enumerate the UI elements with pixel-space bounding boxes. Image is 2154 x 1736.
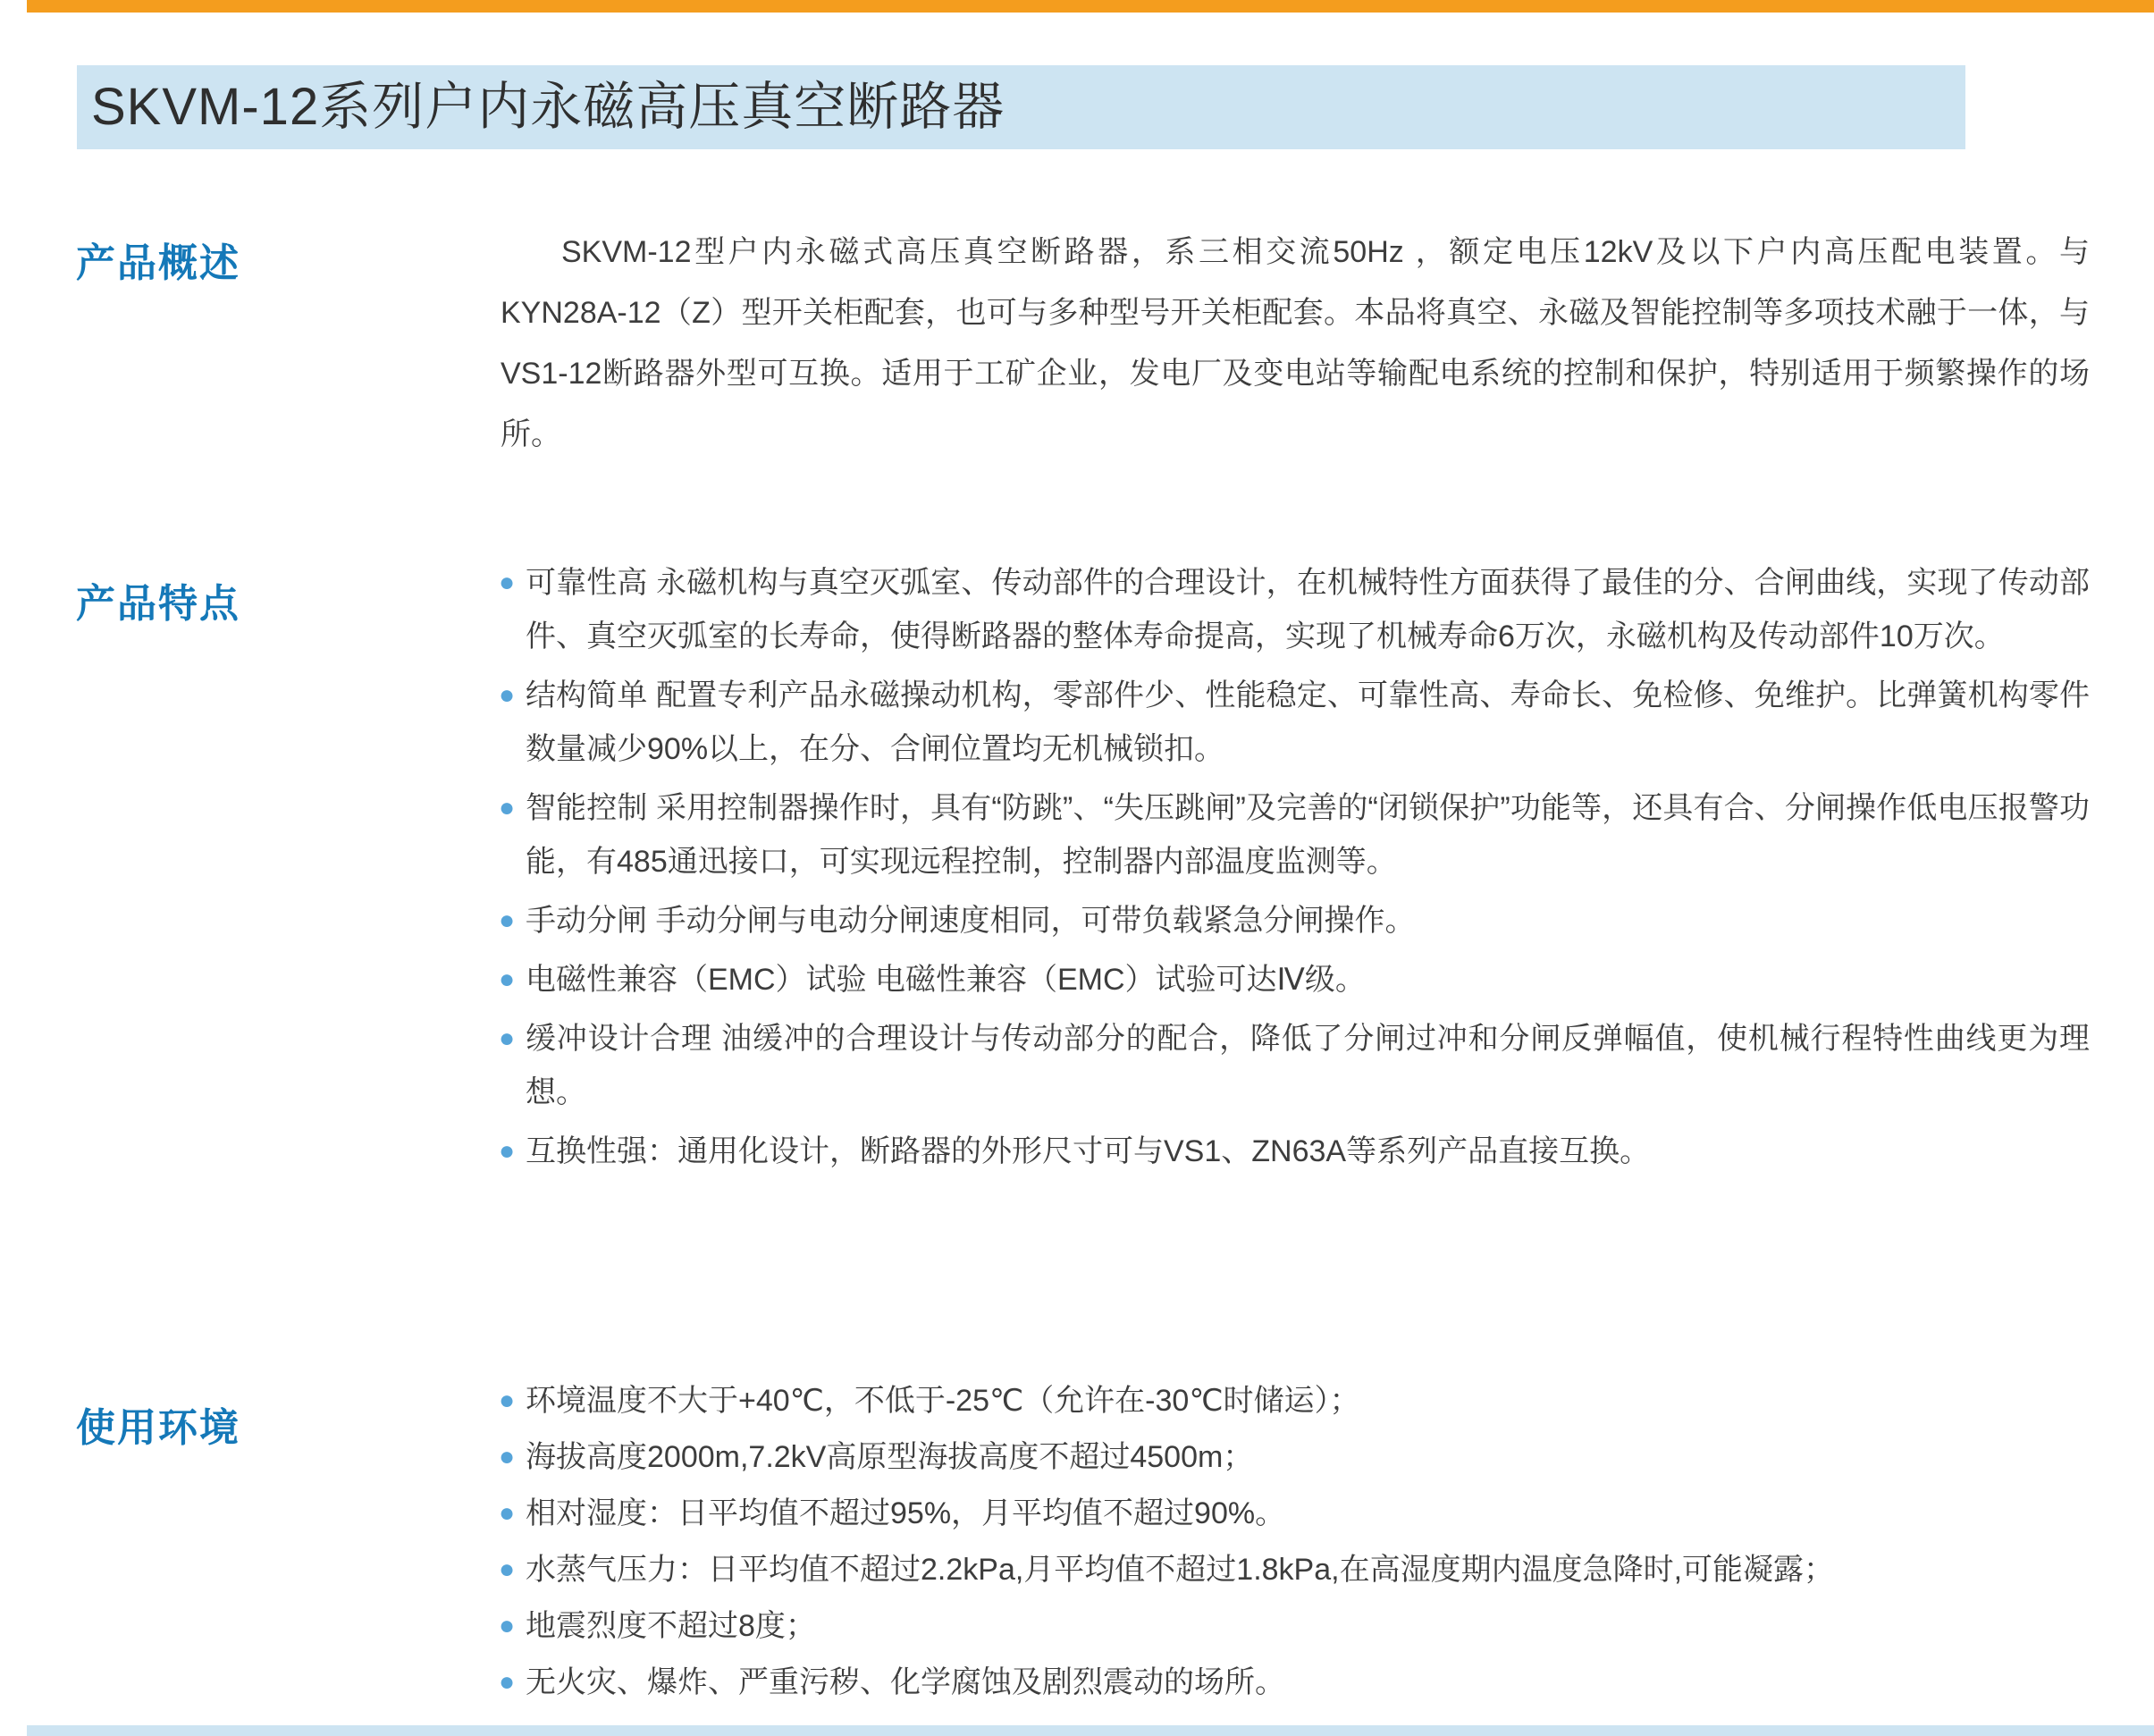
- bullet-icon: ●: [499, 1487, 526, 1540]
- list-item: ● 相对湿度：日平均值不超过95%，月平均值不超过90%。: [499, 1487, 2108, 1540]
- list-item: ● 可靠性高 永磁机构与真空灭弧室、传动部件的合理设计，在机械特性方面获得了最佳…: [499, 556, 2090, 663]
- section-heading-environment: 使用环境: [76, 1395, 240, 1453]
- list-item: ● 结构简单 配置专利产品永磁操动机构，零部件少、性能稳定、可靠性高、寿命长、免…: [499, 669, 2090, 776]
- features-list: ● 可靠性高 永磁机构与真空灭弧室、传动部件的合理设计，在机械特性方面获得了最佳…: [499, 556, 2090, 1184]
- list-item-text: 无火灾、爆炸、严重污秽、化学腐蚀及剧烈震动的场所。: [526, 1665, 1285, 1699]
- list-item: ● 水蒸气压力：日平均值不超过2.2kPa,月平均值不超过1.8kPa,在高湿度…: [499, 1543, 2108, 1597]
- page-title: SKVM-12系列户内永磁高压真空断路器: [77, 65, 1965, 149]
- bullet-icon: ●: [499, 953, 526, 1007]
- section-heading-features: 产品特点: [76, 571, 240, 628]
- list-item-text: 可靠性高 永磁机构与真空灭弧室、传动部件的合理设计，在机械特性方面获得了最佳的分…: [526, 566, 2090, 653]
- section-heading-overview: 产品概述: [76, 231, 240, 288]
- list-item: ● 电磁性兼容（EMC）试验 电磁性兼容（EMC）试验可达Ⅳ级。: [499, 953, 2090, 1007]
- bottom-accent-bar: [27, 1725, 2154, 1736]
- list-item-text: 地震烈度不超过8度；: [526, 1609, 816, 1643]
- list-item: ● 海拔高度2000m,7.2kV高原型海拔高度不超过4500m；: [499, 1430, 2108, 1484]
- bullet-icon: ●: [499, 1543, 526, 1597]
- bullet-icon: ●: [499, 781, 526, 835]
- list-item-text: 相对湿度：日平均值不超过95%，月平均值不超过90%。: [526, 1496, 1285, 1530]
- list-item-text: 手动分闸 手动分闸与电动分闸速度相同，可带负载紧急分闸操作。: [526, 904, 1415, 938]
- bullet-icon: ●: [499, 1430, 526, 1484]
- bullet-icon: ●: [499, 1656, 526, 1709]
- list-item: ● 缓冲设计合理 油缓冲的合理设计与传动部分的配合，降低了分闸过冲和分闸反弹幅值…: [499, 1012, 2090, 1119]
- list-item-text: 缓冲设计合理 油缓冲的合理设计与传动部分的配合，降低了分闸过冲和分闸反弹幅值，使…: [526, 1022, 2090, 1109]
- environment-list: ● 环境温度不大于+40℃，不低于-25℃（允许在-30℃时储运）； ● 海拔高…: [499, 1374, 2108, 1712]
- title-bar: SKVM-12系列户内永磁高压真空断路器: [77, 65, 1965, 149]
- document-page: SKVM-12系列户内永磁高压真空断路器 产品概述 SKVM-12型户内永磁式高…: [0, 0, 2154, 1736]
- bullet-icon: ●: [499, 1599, 526, 1653]
- bullet-icon: ●: [499, 556, 526, 610]
- bullet-icon: ●: [499, 1012, 526, 1066]
- list-item: ● 手动分闸 手动分闸与电动分闸速度相同，可带负载紧急分闸操作。: [499, 894, 2090, 948]
- list-item-text: 智能控制 采用控制器操作时，具有“防跳”、“失压跳闸”及完善的“闭锁保护”功能等…: [526, 791, 2090, 879]
- overview-paragraph: SKVM-12型户内永磁式高压真空断路器，系三相交流50Hz ，额定电压12kV…: [501, 222, 2090, 465]
- list-item-text: 结构简单 配置专利产品永磁操动机构，零部件少、性能稳定、可靠性高、寿命长、免检修…: [526, 678, 2090, 766]
- list-item-text: 水蒸气压力：日平均值不超过2.2kPa,月平均值不超过1.8kPa,在高湿度期内…: [526, 1553, 1834, 1587]
- list-item: ● 智能控制 采用控制器操作时，具有“防跳”、“失压跳闸”及完善的“闭锁保护”功…: [499, 781, 2090, 889]
- list-item: ● 环境温度不大于+40℃，不低于-25℃（允许在-30℃时储运）；: [499, 1374, 2108, 1428]
- list-item-text: 互换性强：通用化设计，断路器的外形尺寸可与VS1、ZN63A等系列产品直接互换。: [526, 1134, 1650, 1168]
- bullet-icon: ●: [499, 894, 526, 948]
- list-item-text: 环境温度不大于+40℃，不低于-25℃（允许在-30℃时储运）；: [526, 1384, 1360, 1418]
- bullet-icon: ●: [499, 669, 526, 722]
- bullet-icon: ●: [499, 1125, 526, 1178]
- list-item-text: 海拔高度2000m,7.2kV高原型海拔高度不超过4500m；: [526, 1440, 1253, 1474]
- list-item: ● 互换性强：通用化设计，断路器的外形尺寸可与VS1、ZN63A等系列产品直接互…: [499, 1125, 2090, 1178]
- top-accent-bar: [27, 0, 2154, 13]
- list-item-text: 电磁性兼容（EMC）试验 电磁性兼容（EMC）试验可达Ⅳ级。: [526, 963, 1366, 997]
- bullet-icon: ●: [499, 1374, 526, 1428]
- list-item: ● 无火灾、爆炸、严重污秽、化学腐蚀及剧烈震动的场所。: [499, 1656, 2108, 1709]
- list-item: ● 地震烈度不超过8度；: [499, 1599, 2108, 1653]
